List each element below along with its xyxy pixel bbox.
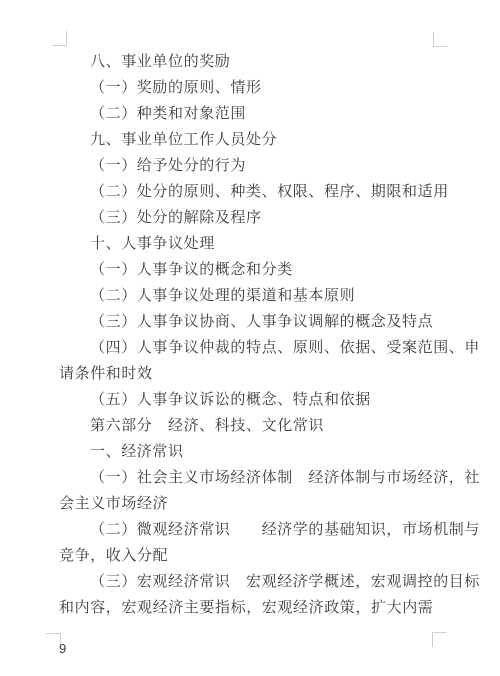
text-line: 八、事业单位的奖励 xyxy=(59,49,443,75)
text-line: （四）人事争议仲裁的特点、原则、依据、受案范围、申 xyxy=(59,335,443,361)
text-line: （一）人事争议的概念和分类 xyxy=(59,257,443,283)
text-line: 会主义市场经济 xyxy=(59,491,443,517)
text-line: （二）处分的原则、种类、权限、程序、期限和适用 xyxy=(59,179,443,205)
text-boundary-mark-bottom-right xyxy=(432,632,447,647)
text-line: 请条件和时效 xyxy=(59,361,443,387)
text-line: （一）给予处分的行为 xyxy=(59,153,443,179)
text-line: （二）微观经济常识 经济学的基础知识，市场机制与 xyxy=(59,517,443,543)
document-body[interactable]: 八、事业单位的奖励（一）奖励的原则、情形（二）种类和对象范围九、事业单位工作人员… xyxy=(59,49,443,621)
text-line: 一、经济常识 xyxy=(59,439,443,465)
text-line: 竞争，收入分配 xyxy=(59,543,443,569)
text-line: 十、人事争议处理 xyxy=(59,231,443,257)
text-line: （二）人事争议处理的渠道和基本原则 xyxy=(59,283,443,309)
text-boundary-mark-top-right xyxy=(433,32,448,47)
text-line: 第六部分 经济、科技、文化常识 xyxy=(59,413,443,439)
page-number: 9 xyxy=(59,640,66,658)
text-line: （三）宏观经济常识 宏观经济学概述，宏观调控的目标 xyxy=(59,569,443,595)
text-line: （三）处分的解除及程序 xyxy=(59,205,443,231)
text-line: （五）人事争议诉讼的概念、特点和依据 xyxy=(59,387,443,413)
text-line: （三）人事争议协商、人事争议调解的概念及特点 xyxy=(59,309,443,335)
text-boundary-mark-top-left xyxy=(52,31,67,46)
text-line: （一）奖励的原则、情形 xyxy=(59,75,443,101)
text-line: 九、事业单位工作人员处分 xyxy=(59,127,443,153)
text-line: 和内容，宏观经济主要指标，宏观经济政策，扩大内需 xyxy=(59,595,443,621)
text-line: （二）种类和对象范围 xyxy=(59,101,443,127)
text-line: （一）社会主义市场经济体制 经济体制与市场经济，社 xyxy=(59,465,443,491)
document-page: 八、事业单位的奖励（一）奖励的原则、情形（二）种类和对象范围九、事业单位工作人员… xyxy=(0,0,500,676)
